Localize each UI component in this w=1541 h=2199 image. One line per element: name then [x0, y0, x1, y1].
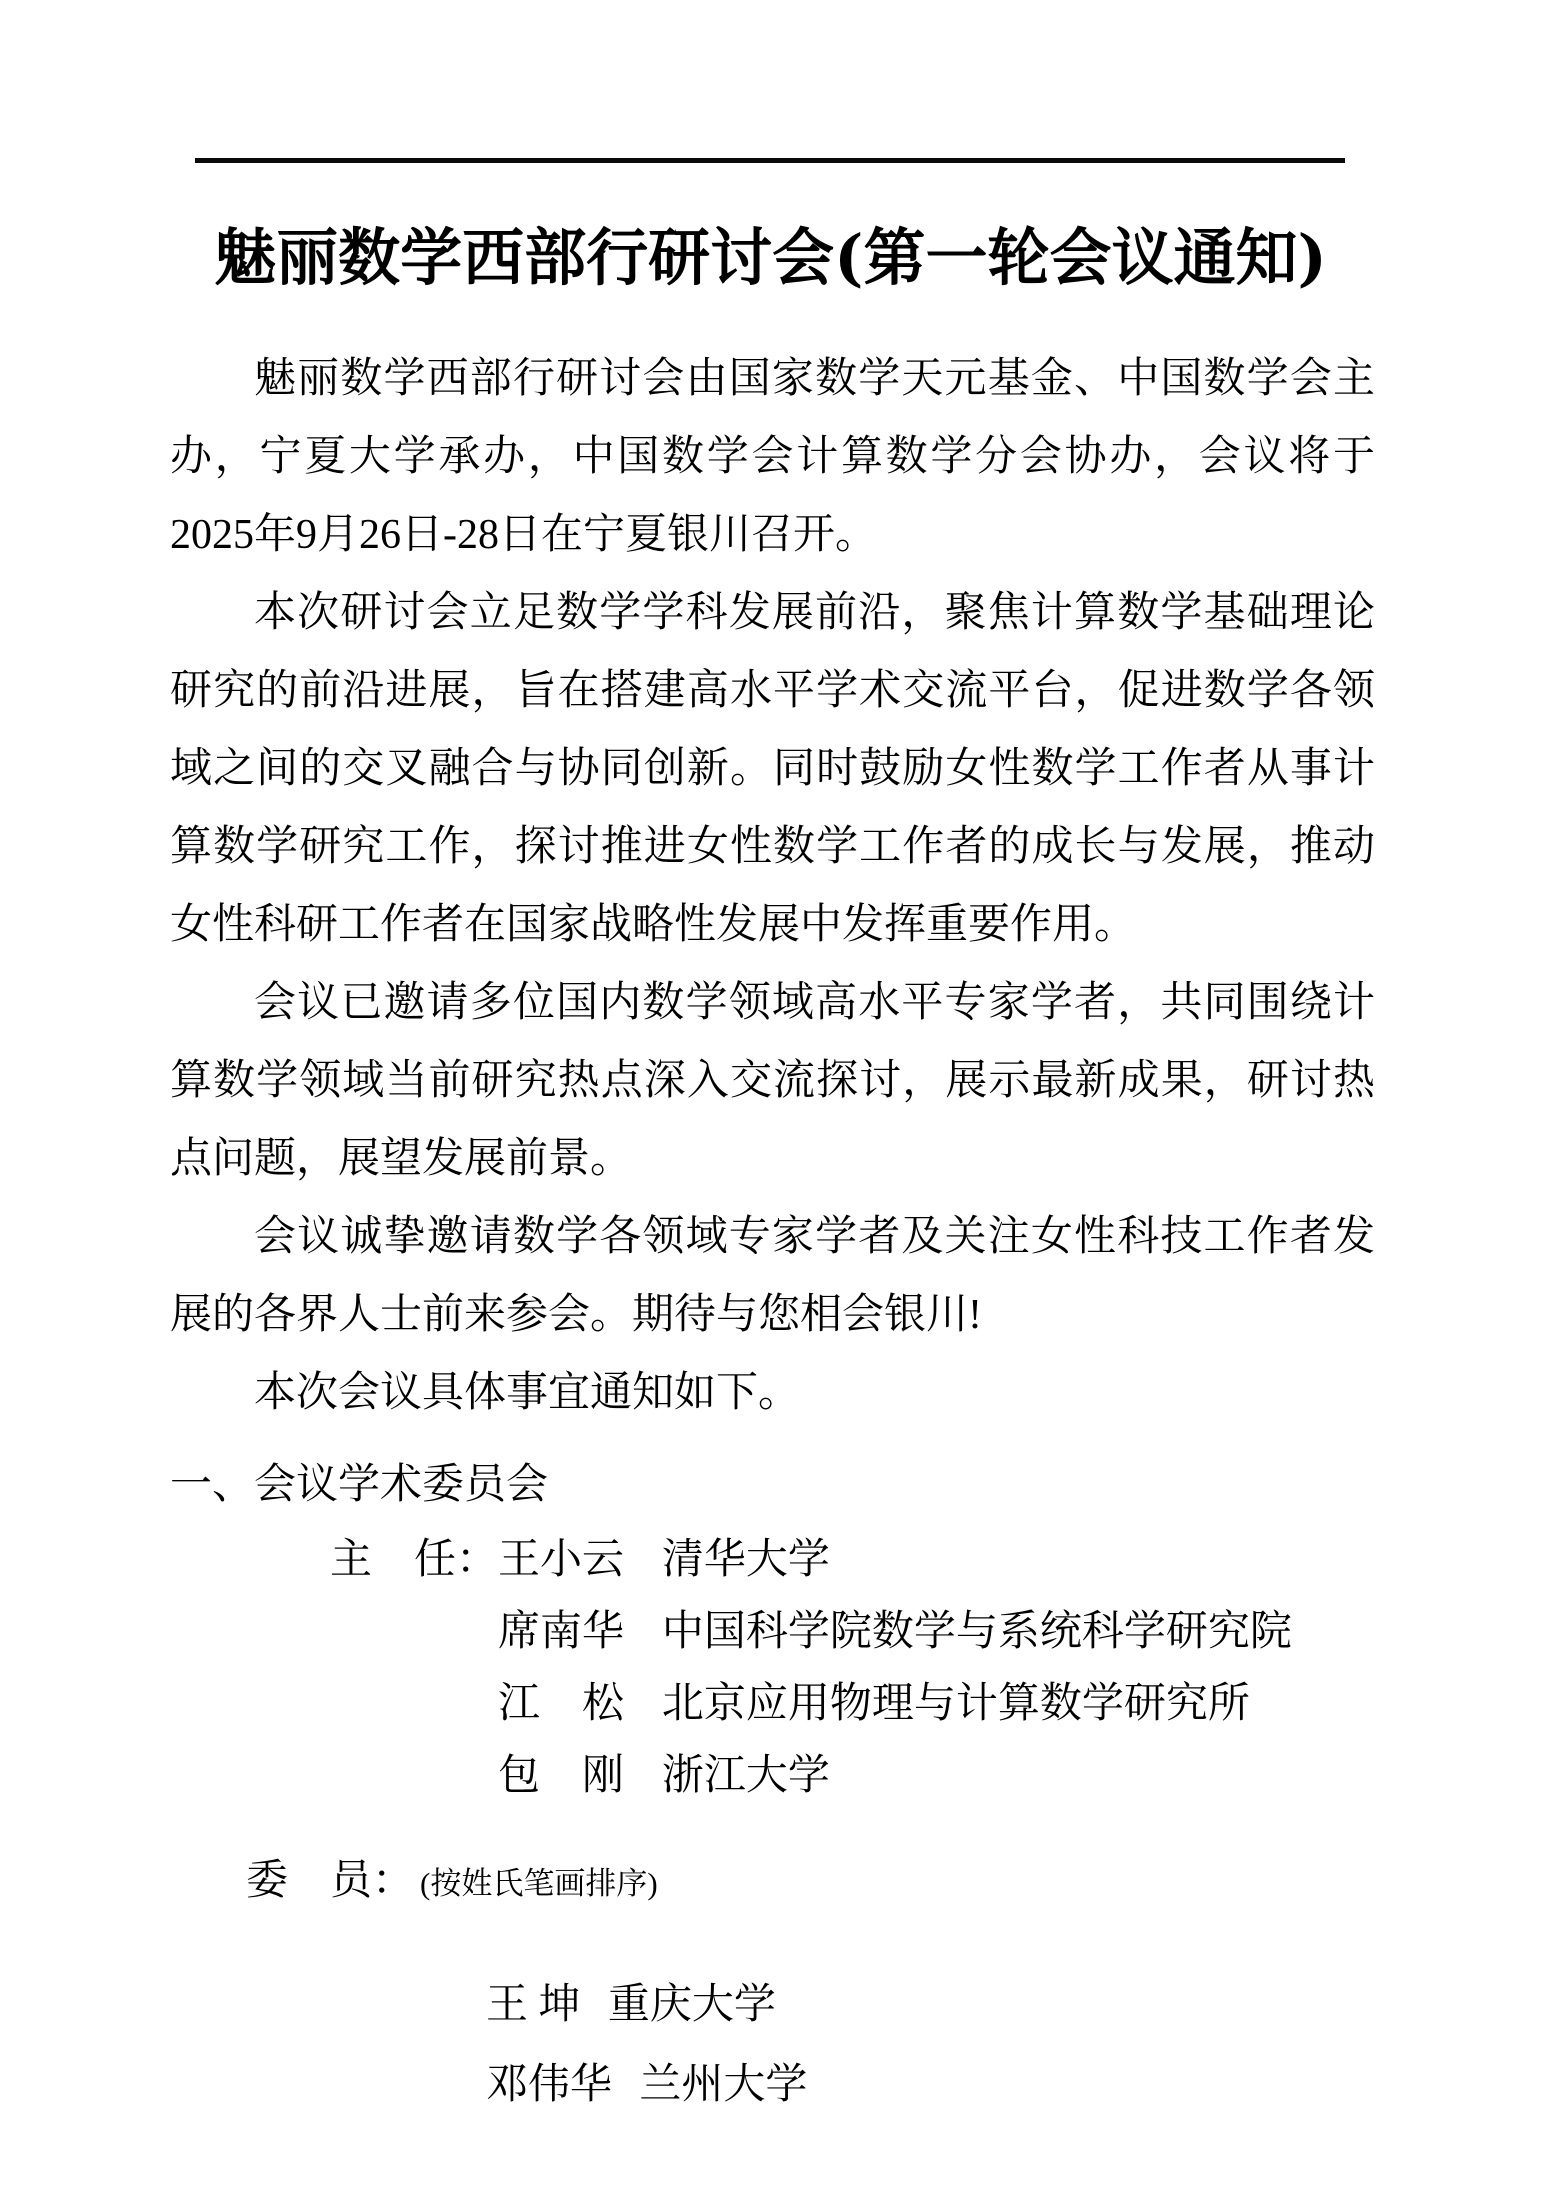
member-name: 王 坤: [486, 1982, 581, 2028]
chair-affiliation: 浙江大学: [662, 1753, 830, 1799]
chair-row: 主 任：王小云清华大学: [330, 1524, 1375, 1596]
member-list: 王 坤重庆大学 邓伟华兰州大学: [170, 1965, 1375, 2125]
header-rule-divider: [195, 158, 1345, 163]
member-label-row: 委 员：(按姓氏笔画排序): [170, 1842, 1375, 1923]
document-body: 魅丽数学西部行研讨会由国家数学天元基金、中国数学会主办，宁夏大学承办，中国数学会…: [170, 340, 1375, 2125]
chair-affiliation: 北京应用物理与计算数学研究所: [662, 1681, 1250, 1727]
chair-name: 江 松: [498, 1681, 624, 1727]
member-label: 委 员：: [246, 1858, 414, 1904]
document-title: 魅丽数学西部行研讨会(第一轮会议通知): [0, 210, 1541, 306]
member-row: 王 坤重庆大学: [486, 1965, 1375, 2045]
document-page: 魅丽数学西部行研讨会(第一轮会议通知) 魅丽数学西部行研讨会由国家数学天元基金、…: [0, 0, 1541, 2199]
paragraph-invitation: 会议诚挚邀请数学各领域专家学者及关注女性科技工作者发展的各界人士前来参会。期待与…: [170, 1198, 1375, 1354]
chair-name: 包 刚: [498, 1753, 624, 1799]
chair-label: 主 任：: [330, 1537, 498, 1583]
chair-row: 包 刚浙江大学: [330, 1740, 1375, 1812]
chair-affiliation: 中国科学院数学与系统科学研究院: [662, 1609, 1292, 1655]
member-name: 邓伟华: [486, 2062, 612, 2108]
chair-row: 席南华中国科学院数学与系统科学研究院: [330, 1596, 1375, 1668]
paragraph-invited-experts: 会议已邀请多位国内数学领域高水平专家学者，共同围绕计算数学领域当前研究热点深入交…: [170, 964, 1375, 1198]
chair-list: 主 任：王小云清华大学 席南华中国科学院数学与系统科学研究院 江 松北京应用物理…: [170, 1524, 1375, 1812]
section-heading-academic-committee: 一、会议学术委员会: [170, 1446, 1375, 1524]
paragraph-notice-follows: 本次会议具体事宜通知如下。: [170, 1354, 1375, 1432]
member-affiliation: 重庆大学: [608, 1982, 776, 2028]
paragraph-intro: 魅丽数学西部行研讨会由国家数学天元基金、中国数学会主办，宁夏大学承办，中国数学会…: [170, 340, 1375, 574]
chair-row: 江 松北京应用物理与计算数学研究所: [330, 1668, 1375, 1740]
chair-affiliation: 清华大学: [662, 1537, 830, 1583]
paragraph-purpose: 本次研讨会立足数学学科发展前沿，聚焦计算数学基础理论研究的前沿进展，旨在搭建高水…: [170, 574, 1375, 964]
chair-name: 席南华: [498, 1609, 624, 1655]
chair-name: 王小云: [498, 1537, 624, 1583]
member-sort-note: (按姓氏笔画排序): [420, 1866, 658, 1901]
member-affiliation: 兰州大学: [639, 2062, 807, 2108]
member-row: 邓伟华兰州大学: [486, 2045, 1375, 2125]
